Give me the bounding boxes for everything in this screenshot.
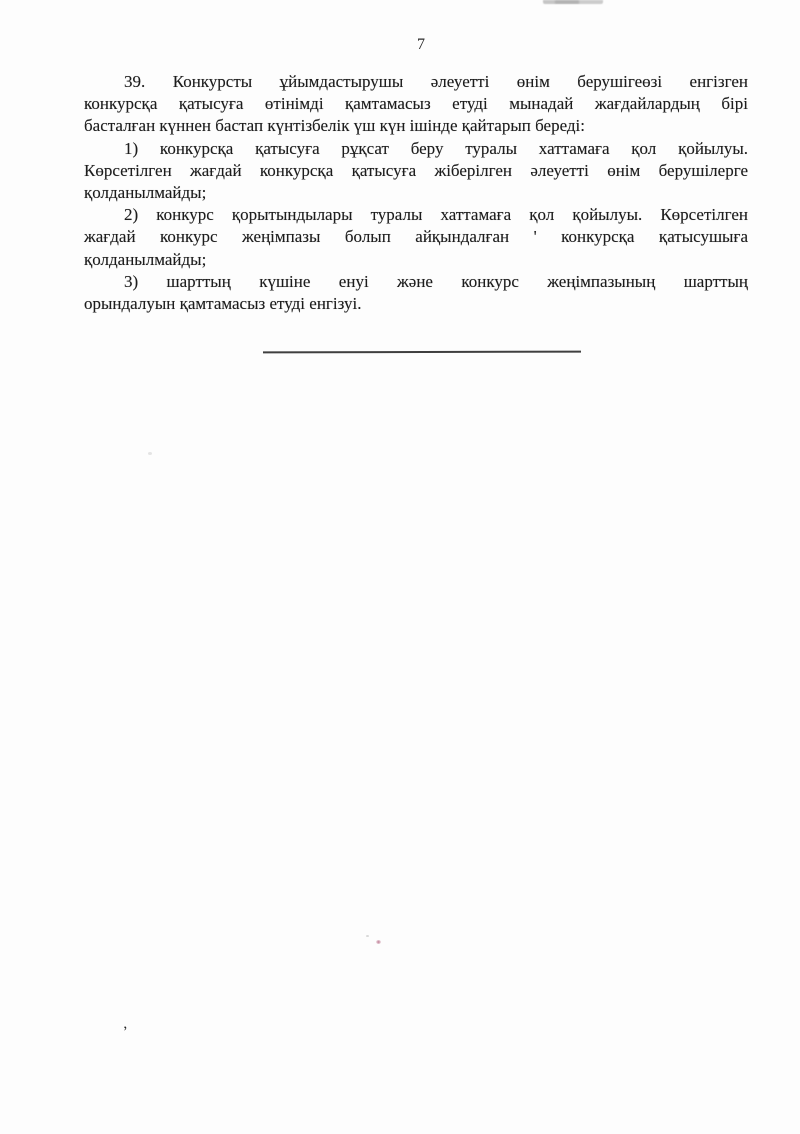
text-line: орындалуын қамтамасыз етуді енгізуі. — [84, 293, 748, 315]
separator-line — [263, 351, 581, 354]
scanner-smudge-artifact — [543, 0, 603, 4]
text-line: конкурсқа қатысуға өтінімді қамтамасыз е… — [84, 93, 748, 115]
page-number: 7 — [0, 36, 800, 54]
pink-speck-artifact — [376, 940, 381, 944]
text-line: 1) конкурсқа қатысуға рұқсат беру туралы… — [84, 138, 748, 160]
text-line: жағдай конкурс жеңімпазы болып айқындалғ… — [84, 226, 748, 248]
text-line: 3) шарттың күшіне енуі және конкурс жеңі… — [84, 271, 748, 293]
text-line: Көрсетілген жағдай конкурсқа қатысуға жі… — [84, 160, 748, 182]
gray-speck-artifact — [366, 935, 369, 937]
text-line: 2) конкурс қорытындылары туралы хаттамағ… — [84, 204, 748, 226]
text-line: қолданылмайды; — [84, 249, 748, 271]
stray-comma-mark: , — [122, 1016, 128, 1033]
scanned-document-page: 7 39. Конкурсты ұйымдастырушы әлеуетті ө… — [0, 0, 800, 1134]
document-body: 39. Конкурсты ұйымдастырушы әлеуетті өні… — [84, 71, 748, 315]
text-line: 39. Конкурсты ұйымдастырушы әлеуетті өні… — [84, 71, 748, 93]
gray-speck-artifact — [148, 452, 152, 455]
text-line: қолданылмайды; — [84, 182, 748, 204]
text-line: басталған күннен бастап күнтізбелік үш к… — [84, 115, 748, 137]
